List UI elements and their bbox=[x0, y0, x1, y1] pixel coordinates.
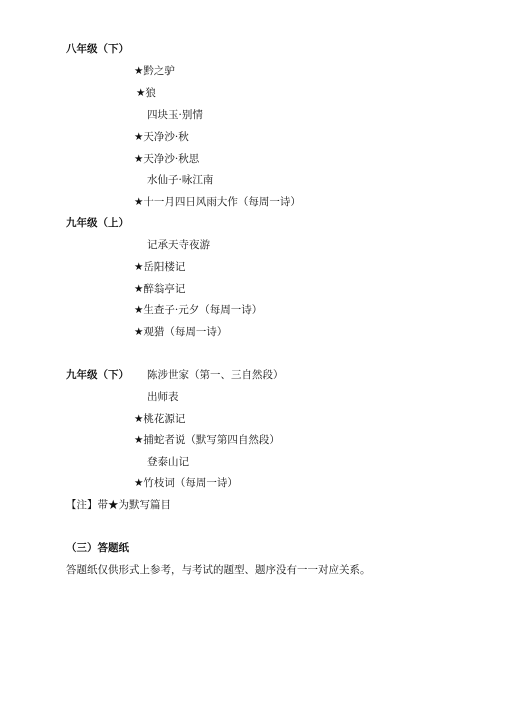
star-icon: ★ bbox=[136, 87, 145, 99]
list-item: 记承天寺夜游 bbox=[147, 238, 210, 252]
answer-sheet-text: 答题纸仅供形式上参考，与考试的题型、题序没有一一对应关系。 bbox=[66, 563, 371, 577]
list-item: 陈涉世家（第一、三自然段） bbox=[147, 368, 284, 382]
list-item: ★天净沙·秋 bbox=[134, 130, 189, 144]
list-item: ★醉翁亭记 bbox=[134, 282, 185, 296]
star-icon: ★ bbox=[134, 283, 143, 295]
star-icon: ★ bbox=[134, 131, 143, 143]
list-item: ★捕蛇者说（默写第四自然段） bbox=[134, 433, 280, 447]
star-icon: ★ bbox=[134, 477, 143, 489]
star-icon: ★ bbox=[134, 413, 143, 425]
heading-grade8-down: 八年级（下） bbox=[66, 42, 129, 56]
list-item: 水仙子·咏江南 bbox=[147, 173, 213, 187]
list-item: ★天净沙·秋思 bbox=[134, 152, 199, 166]
star-icon: ★ bbox=[134, 304, 143, 316]
note: 【注】带★为默写篇目 bbox=[66, 498, 171, 512]
star-icon: ★ bbox=[134, 326, 143, 338]
star-icon: ★ bbox=[134, 434, 143, 446]
answer-sheet-heading: （三）答题纸 bbox=[66, 541, 129, 555]
heading-grade9-up: 九年级（上） bbox=[66, 216, 129, 230]
list-item: ★岳阳楼记 bbox=[134, 260, 185, 274]
star-icon: ★ bbox=[134, 196, 143, 208]
list-item: ★竹枝词（每周一诗） bbox=[134, 476, 238, 490]
list-item: ★观猎（每周一诗） bbox=[134, 325, 227, 339]
heading-grade9-down: 九年级（下） bbox=[66, 368, 129, 382]
star-icon: ★ bbox=[134, 261, 143, 273]
star-icon: ★ bbox=[134, 65, 143, 77]
star-icon: ★ bbox=[134, 153, 143, 165]
list-item: ★十一月四日风雨大作（每周一诗） bbox=[134, 195, 301, 209]
list-item: ★狼 bbox=[136, 86, 156, 100]
list-item: ★生查子·元夕（每周一诗） bbox=[134, 303, 262, 317]
list-item: ★桃花源记 bbox=[134, 412, 185, 426]
list-item: 出师表 bbox=[147, 390, 179, 404]
list-item: 四块玉·别情 bbox=[147, 108, 203, 122]
list-item: ★黔之驴 bbox=[134, 64, 175, 78]
list-item: 登泰山记 bbox=[147, 455, 189, 469]
